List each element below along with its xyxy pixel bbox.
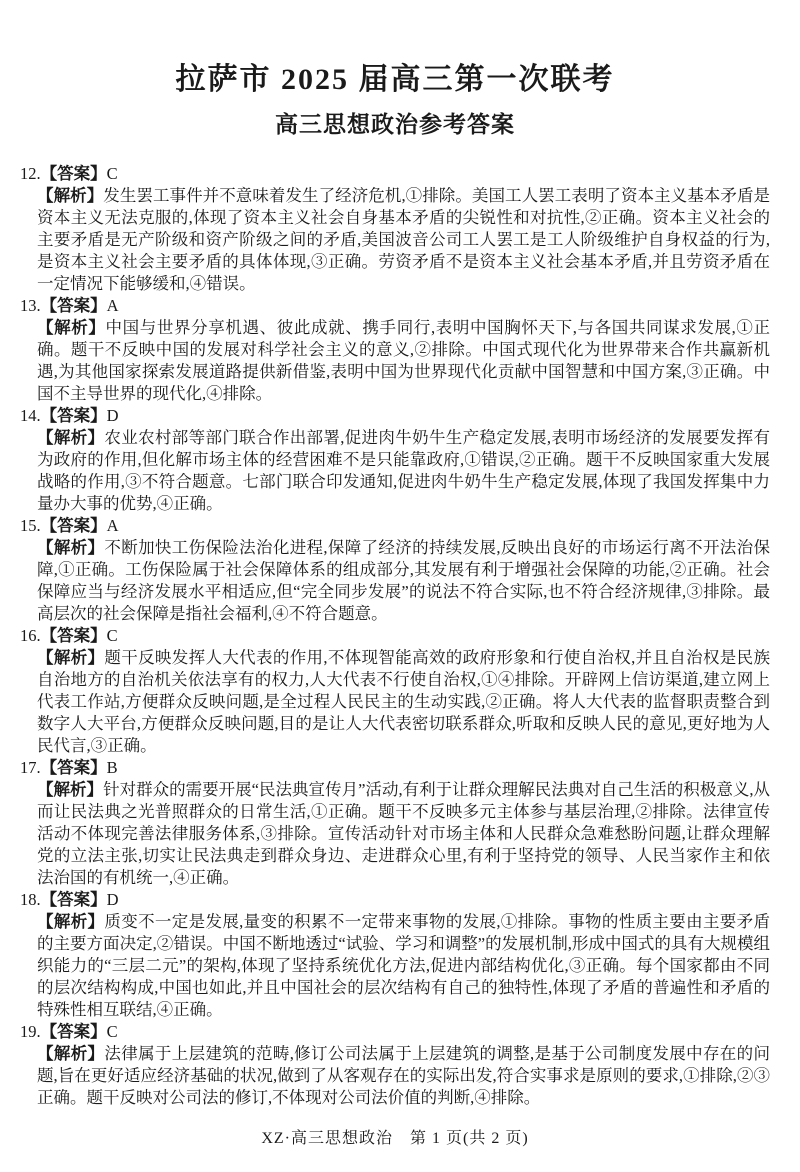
analysis-paragraph: 【解析】发生罢工事件并不意味着发生了经济危机,①排除。美国工人罢工表明了资本主义… — [37, 185, 770, 295]
answer-item-17: 17.【答案】B 【解析】针对群众的需要开展“民法典宣传月”活动,有利于让群众理… — [20, 757, 770, 889]
analysis-label: 【解析】 — [37, 912, 104, 931]
answer-line: 16.【答案】C — [20, 625, 770, 647]
page-subtitle: 高三思想政治参考答案 — [20, 106, 770, 139]
answer-label: 【答案】 — [41, 890, 107, 909]
analysis-text: 质变不一定是发展,量变的积累不一定带来事物的发展,①排除。事物的性质主要由主要矛… — [37, 912, 770, 1019]
analysis-text: 农业农村部等部门联合作出部署,促进肉牛奶牛生产稳定发展,表明市场经济的发展要发挥… — [37, 428, 770, 513]
answer-value: C — [107, 626, 118, 645]
question-number: 13. — [20, 296, 41, 315]
analysis-label: 【解析】 — [37, 648, 104, 667]
answer-list: 12.【答案】C 【解析】发生罢工事件并不意味着发生了经济危机,①排除。美国工人… — [20, 163, 770, 1109]
answer-line: 15.【答案】A — [20, 515, 770, 537]
question-number: 14. — [20, 406, 41, 425]
analysis-paragraph: 【解析】法律属于上层建筑的范畴,修订公司法属于上层建筑的调整,是基于公司制度发展… — [37, 1043, 770, 1109]
answer-label: 【答案】 — [41, 296, 107, 315]
answer-item-13: 13.【答案】A 【解析】中国与世界分享机遇、彼此成就、携手同行,表明中国胸怀天… — [20, 295, 770, 405]
answer-value: D — [107, 406, 119, 425]
answer-value: D — [107, 890, 119, 909]
answer-label: 【答案】 — [41, 164, 107, 183]
analysis-text: 发生罢工事件并不意味着发生了经济危机,①排除。美国工人罢工表明了资本主义基本矛盾… — [37, 186, 770, 293]
analysis-label: 【解析】 — [37, 186, 103, 205]
question-number: 16. — [20, 626, 41, 645]
answer-item-18: 18.【答案】D 【解析】质变不一定是发展,量变的积累不一定带来事物的发展,①排… — [20, 889, 770, 1021]
answer-label: 【答案】 — [41, 626, 107, 645]
page-title: 拉萨市 2025 届高三第一次联考 — [20, 54, 770, 98]
question-number: 17. — [20, 758, 41, 777]
answer-value: B — [107, 758, 118, 777]
answer-item-15: 15.【答案】A 【解析】不断加快工伤保险法治化进程,保障了经济的持续发展,反映… — [20, 515, 770, 625]
answer-item-14: 14.【答案】D 【解析】农业农村部等部门联合作出部署,促进肉牛奶牛生产稳定发展… — [20, 405, 770, 515]
answer-value: C — [107, 164, 118, 183]
analysis-paragraph: 【解析】不断加快工伤保险法治化进程,保障了经济的持续发展,反映出良好的市场运行离… — [37, 537, 770, 625]
analysis-text: 不断加快工伤保险法治化进程,保障了经济的持续发展,反映出良好的市场运行离不开法治… — [37, 538, 770, 623]
analysis-paragraph: 【解析】农业农村部等部门联合作出部署,促进肉牛奶牛生产稳定发展,表明市场经济的发… — [37, 427, 770, 515]
answer-label: 【答案】 — [41, 758, 107, 777]
analysis-paragraph: 【解析】题干反映发挥人大代表的作用,不体现智能高效的政府形象和行使自治权,并且自… — [37, 647, 770, 757]
answer-value: A — [107, 296, 119, 315]
page-footer: XZ·高三思想政治 第 1 页(共 2 页) — [20, 1125, 770, 1148]
answer-label: 【答案】 — [41, 1022, 107, 1041]
answer-line: 12.【答案】C — [20, 163, 770, 185]
analysis-text: 针对群众的需要开展“民法典宣传月”活动,有利于让群众理解民法典对自己生活的积极意… — [37, 780, 770, 887]
analysis-label: 【解析】 — [37, 1044, 104, 1063]
answer-value: C — [107, 1022, 118, 1041]
answer-item-12: 12.【答案】C 【解析】发生罢工事件并不意味着发生了经济危机,①排除。美国工人… — [20, 163, 770, 295]
analysis-text: 法律属于上层建筑的范畴,修订公司法属于上层建筑的调整,是基于公司制度发展中存在的… — [37, 1044, 770, 1107]
answer-item-19: 19.【答案】C 【解析】法律属于上层建筑的范畴,修订公司法属于上层建筑的调整,… — [20, 1021, 770, 1109]
analysis-label: 【解析】 — [37, 318, 106, 337]
question-number: 12. — [20, 164, 41, 183]
answer-line: 19.【答案】C — [20, 1021, 770, 1043]
answer-line: 14.【答案】D — [20, 405, 770, 427]
answer-line: 18.【答案】D — [20, 889, 770, 911]
analysis-label: 【解析】 — [37, 538, 104, 557]
analysis-text: 题干反映发挥人大代表的作用,不体现智能高效的政府形象和行使自治权,并且自治权是民… — [37, 648, 770, 755]
analysis-paragraph: 【解析】中国与世界分享机遇、彼此成就、携手同行,表明中国胸怀天下,与各国共同谋求… — [37, 317, 770, 405]
answer-item-16: 16.【答案】C 【解析】题干反映发挥人大代表的作用,不体现智能高效的政府形象和… — [20, 625, 770, 757]
answer-value: A — [107, 516, 119, 535]
answer-label: 【答案】 — [41, 516, 107, 535]
question-number: 18. — [20, 890, 41, 909]
analysis-text: 中国与世界分享机遇、彼此成就、携手同行,表明中国胸怀天下,与各国共同谋求发展,①… — [37, 318, 770, 403]
answer-label: 【答案】 — [41, 406, 107, 425]
exam-answer-page: 拉萨市 2025 届高三第一次联考 高三思想政治参考答案 12.【答案】C 【解… — [0, 0, 800, 1172]
question-number: 19. — [20, 1022, 41, 1041]
analysis-paragraph: 【解析】质变不一定是发展,量变的积累不一定带来事物的发展,①排除。事物的性质主要… — [37, 911, 770, 1021]
analysis-label: 【解析】 — [37, 780, 103, 799]
question-number: 15. — [20, 516, 41, 535]
analysis-paragraph: 【解析】针对群众的需要开展“民法典宣传月”活动,有利于让群众理解民法典对自己生活… — [37, 779, 770, 889]
answer-line: 17.【答案】B — [20, 757, 770, 779]
analysis-label: 【解析】 — [37, 428, 104, 447]
answer-line: 13.【答案】A — [20, 295, 770, 317]
